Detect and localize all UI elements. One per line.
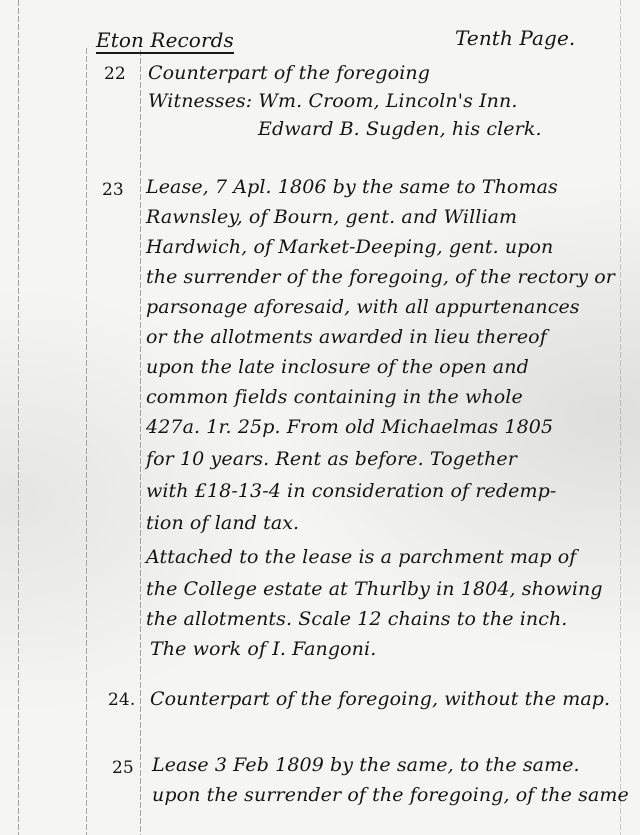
entry-23-line: Rawnsley, of Bourn, gent. and William — [146, 208, 517, 227]
page-number-label: Tenth Page. — [455, 28, 575, 48]
page-title: Eton Records — [96, 30, 234, 54]
entry-23-line: or the allotments awarded in lieu thereo… — [146, 328, 547, 347]
entry-number-24: 24. — [108, 692, 135, 709]
entry-23-line: common fields containing in the whole — [146, 388, 523, 407]
entry-23-line: the College estate at Thurlby in 1804, s… — [146, 580, 603, 599]
margin-line-right — [620, 0, 621, 835]
entry-23-line: parsonage aforesaid, with all appurtenan… — [146, 298, 580, 317]
entry-25-line: Lease 3 Feb 1809 by the same, to the sam… — [152, 756, 580, 775]
margin-line-number-column — [86, 48, 87, 835]
entry-23-line: 427a. 1r. 25p. From old Michaelmas 1805 — [146, 418, 553, 437]
entry-24-line: Counterpart of the foregoing, without th… — [150, 690, 610, 709]
document-page: Eton Records Tenth Page. 22 Counterpart … — [0, 0, 640, 835]
margin-line-left — [18, 0, 19, 835]
entry-23-line: the surrender of the foregoing, of the r… — [146, 268, 615, 287]
entry-23-line: The work of I. Fangoni. — [150, 640, 376, 659]
entry-23-line: Lease, 7 Apl. 1806 by the same to Thomas — [146, 178, 558, 197]
entry-23-line: upon the late inclosure of the open and — [146, 358, 529, 377]
margin-line-text-column — [140, 50, 141, 835]
entry-23-line: with £18-13-4 in consideration of redemp… — [146, 482, 556, 501]
entry-22-line: Edward B. Sugden, his clerk. — [258, 120, 542, 139]
entry-number-22: 22 — [104, 66, 126, 83]
entry-number-23: 23 — [102, 182, 124, 199]
entry-23-line: tion of land tax. — [146, 514, 299, 533]
entry-22-line: Counterpart of the foregoing — [148, 64, 430, 83]
entry-25-line: upon the surrender of the foregoing, of … — [152, 786, 629, 805]
entry-23-line: the allotments. Scale 12 chains to the i… — [146, 610, 567, 629]
entry-23-line: Hardwich, of Market-Deeping, gent. upon — [146, 238, 553, 257]
entry-22-line: Witnesses: Wm. Croom, Lincoln's Inn. — [148, 92, 518, 111]
entry-23-line: Attached to the lease is a parchment map… — [146, 548, 576, 567]
entry-number-25: 25 — [112, 760, 134, 777]
entry-23-line: for 10 years. Rent as before. Together — [146, 450, 517, 469]
